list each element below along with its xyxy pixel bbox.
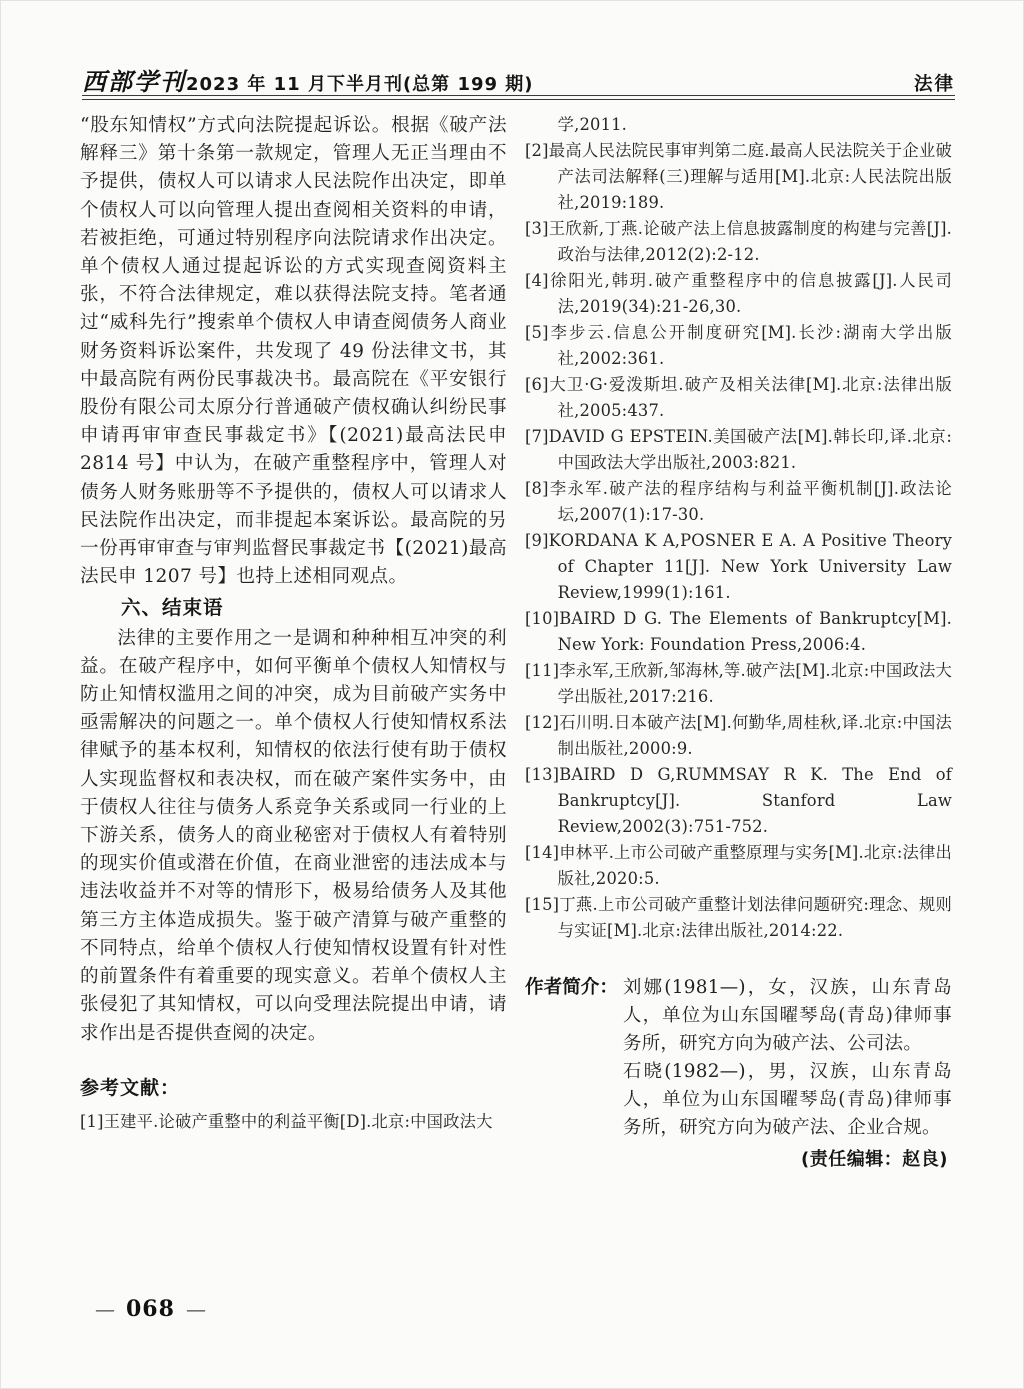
masthead: 西部学刊 2023 年 11 月下半月刊(总第 199 期) — [82, 62, 534, 97]
reference-item-14: [14]申林平.上市公司破产重整原理与实务[M].北京:法律出版社,2020:5… — [525, 840, 952, 892]
reference-item-7: [7]DAVID G EPSTEIN.美国破产法[M].韩长印,译.北京:中国政… — [525, 424, 952, 476]
reference-item-3: [3]王欣新,丁燕.论破产法上信息披露制度的构建与完善[J].政治与法律,201… — [525, 216, 952, 268]
page-number: 068 — [126, 1296, 175, 1322]
footer-dash-left: — — [95, 1299, 115, 1319]
left-column: “股东知情权”方式向法院提起诉讼。根据《破产法解释三》第十条第一款规定，管理人无… — [80, 112, 507, 1174]
conclusion-heading: 六、结束语 — [80, 594, 507, 622]
section-label: 法律 — [914, 70, 955, 96]
issue-info: 2023 年 11 月下半月刊(总第 199 期) — [186, 70, 534, 96]
conclusion-paragraph: 法律的主要作用之一是调和种种相互冲突的利益。在破产程序中，如何平衡单个债权人知情… — [80, 625, 507, 1048]
journal-logo: 西部学刊 — [82, 62, 186, 97]
header-double-rule — [82, 95, 955, 100]
body-paragraph-continuation: “股东知情权”方式向法院提起诉讼。根据《破产法解释三》第十条第一款规定，管理人无… — [80, 112, 507, 591]
reference-item-6: [6]大卫·G·爱泼斯坦.破产及相关法律[M].北京:法律出版社,2005:43… — [525, 372, 952, 424]
footer-dash-right: — — [186, 1299, 206, 1319]
author-bio-block: 作者简介： 刘娜(1981—)，女，汉族，山东青岛人，单位为山东国曜琴岛(青岛)… — [525, 974, 952, 1174]
author-bio-entry-1: 刘娜(1981—)，女，汉族，山东青岛人，单位为山东国曜琴岛(青岛)律师事务所，… — [623, 974, 952, 1058]
author-bio-entry-2: 石晓(1982—)，男，汉族，山东青岛人，单位为山东国曜琴岛(青岛)律师事务所，… — [623, 1058, 952, 1142]
content-columns: “股东知情权”方式向法院提起诉讼。根据《破产法解释三》第十条第一款规定，管理人无… — [80, 112, 952, 1174]
reference-item-11: [11]李永军,王欣新,邹海林,等.破产法[M].北京:中国政法大学出版社,20… — [525, 658, 952, 710]
reference-item-1-continuation: 学,2011. — [525, 112, 952, 138]
reference-item-10: [10]BAIRD D G. The Elements of Bankruptc… — [525, 606, 952, 658]
reference-item-15: [15]丁燕.上市公司破产重整计划法律问题研究:理念、规则与实证[M].北京:法… — [525, 892, 952, 944]
right-column: 学,2011. [2]最高人民法院民事审判第二庭.最高人民法院关于企业破产法司法… — [525, 112, 952, 1174]
author-bio-label: 作者简介： — [525, 974, 618, 1002]
reference-item-12: [12]石川明.日本破产法[M].何勤华,周桂秋,译.北京:中国法制出版社,20… — [525, 710, 952, 762]
references-heading: 参考文献： — [80, 1073, 507, 1100]
reference-item-5: [5]李步云.信息公开制度研究[M].长沙:湖南大学出版社,2002:361. — [525, 320, 952, 372]
reference-item-4: [4]徐阳光,韩玥.破产重整程序中的信息披露[J].人民司法,2019(34):… — [525, 268, 952, 320]
reference-item-1: [1]王建平.论破产重整中的利益平衡[D].北京:中国政法大 — [80, 1109, 507, 1135]
page-footer: — 068 — — [95, 1296, 206, 1322]
reference-item-9: [9]KORDANA K A,POSNER E A. A Positive Th… — [525, 528, 952, 606]
reference-item-13: [13]BAIRD D G,RUMMSAY R K. The End of Ba… — [525, 762, 952, 840]
reference-item-8: [8]李永军.破产法的程序结构与利益平衡机制[J].政法论坛,2007(1):1… — [525, 476, 952, 528]
journal-page: 西部学刊 2023 年 11 月下半月刊(总第 199 期) 法律 “股东知情权… — [0, 0, 1024, 1389]
page-header: 西部学刊 2023 年 11 月下半月刊(总第 199 期) 法律 — [82, 62, 955, 97]
reference-item-2: [2]最高人民法院民事审判第二庭.最高人民法院关于企业破产法司法解释(三)理解与… — [525, 138, 952, 216]
editor-note: (责任编辑：赵良) — [623, 1146, 952, 1174]
